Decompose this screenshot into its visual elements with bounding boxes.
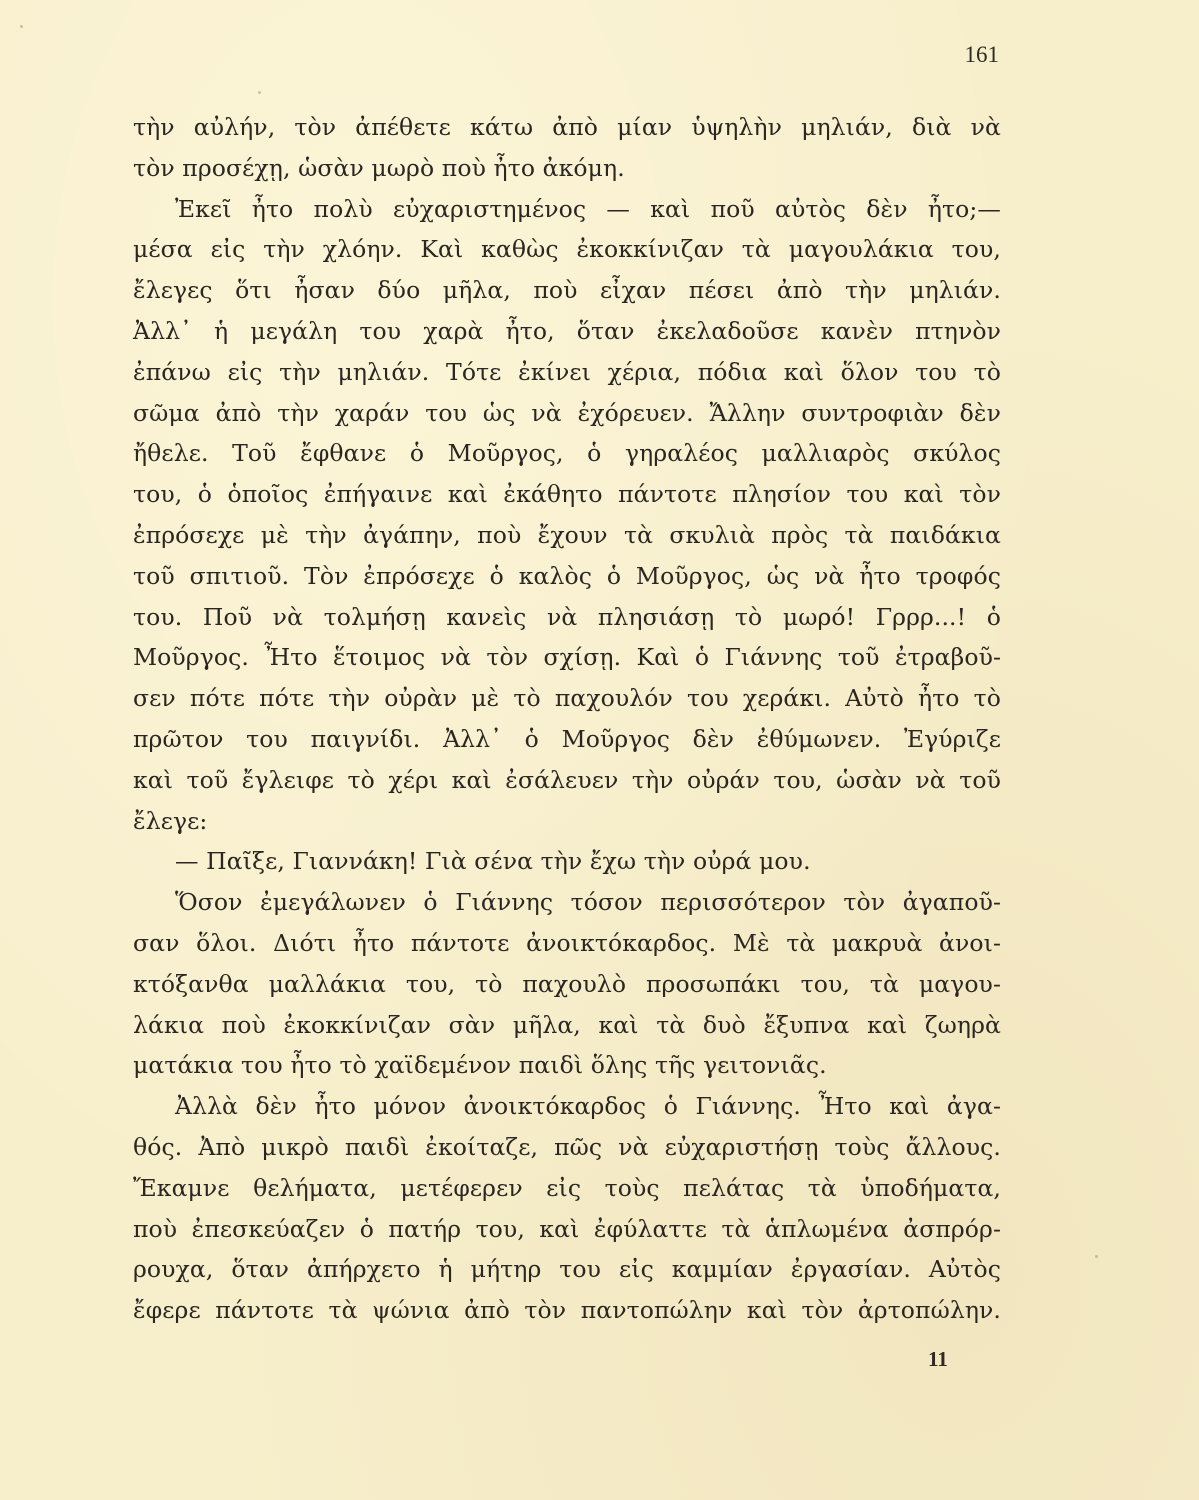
text-line: ἔλεγε: xyxy=(133,801,1001,842)
text-line: του. Ποῦ νὰ τολμήσῃ κανεὶς νὰ πλησιάσῃ τ… xyxy=(133,597,1001,638)
text-line: Ἔκαμνε θελήματα, μετέφερεν εἰς τοὺς πελά… xyxy=(133,1168,1001,1209)
paragraph-start-line: Ἐκεῖ ἦτο πολὺ εὐχαριστημένος — καὶ ποῦ α… xyxy=(133,189,1001,230)
text-line: μέσα εἰς τὴν χλόην. Καὶ καθὼς ἐκοκκίνιζα… xyxy=(133,229,1001,270)
text-line: ἔφερε πάντοτε τὰ ψώνια ἀπὸ τὸν παντοπώλη… xyxy=(133,1290,1001,1331)
paper-speck xyxy=(20,25,23,28)
text-line: σεν πότε πότε τὴν οὐρὰν μὲ τὸ παχουλόν τ… xyxy=(133,678,1001,719)
paper-speck xyxy=(608,860,611,863)
page-number: 161 xyxy=(965,42,1000,68)
text-line: ἐπρόσεχε μὲ τὴν ἀγάπην, ποὺ ἔχουν τὰ σκυ… xyxy=(133,515,1001,556)
text-line: του, ὁ ὁποῖος ἐπήγαινε καὶ ἐκάθητο πάντο… xyxy=(133,474,1001,515)
text-line: ἔλεγες ὅτι ἦσαν δύο μῆλα, ποὺ εἶχαν πέσε… xyxy=(133,270,1001,311)
text-line: τοῦ σπιτιοῦ. Τὸν ἐπρόσεχε ὁ καλὸς ὁ Μοῦρ… xyxy=(133,556,1001,597)
text-line: ἐπάνω εἰς τὴν μηλιάν. Τότε ἐκίνει χέρια,… xyxy=(133,352,1001,393)
text-line: ἤθελε. Τοῦ ἔφθανε ὁ Μοῦργος, ὁ γηραλέος … xyxy=(133,433,1001,474)
paragraph-start-line: Ὅσον ἐμεγάλωνεν ὁ Γιάννης τόσον περισσότ… xyxy=(133,882,1001,923)
paper-speck xyxy=(258,91,261,94)
text-line: τὸν προσέχῃ, ὡσὰν μωρὸ ποὺ ἦτο ἀκόμη. xyxy=(133,148,1001,189)
paper-speck xyxy=(1095,1255,1098,1258)
text-line: ματάκια του ἦτο τὸ χαϊδεμένον παιδὶ ὅλης… xyxy=(133,1045,1001,1086)
text-line: ποὺ ἐπεσκεύαζεν ὁ πατήρ του, καὶ ἐφύλαττ… xyxy=(133,1209,1001,1250)
text-line: Ἀλλ᾽ ἡ μεγάλη του χαρὰ ἦτο, ὅταν ἐκελαδο… xyxy=(133,311,1001,352)
paragraph-start-line: Ἀλλὰ δὲν ἦτο μόνον ἀνοικτόκαρδος ὁ Γιάνν… xyxy=(133,1086,1001,1127)
text-line: Μοῦργος. Ἦτο ἕτοιμος νὰ τὸν σχίσῃ. Καὶ ὁ… xyxy=(133,637,1001,678)
signature-mark: 11 xyxy=(928,1347,948,1372)
text-line: σῶμα ἀπὸ τὴν χαράν του ὡς νὰ ἐχόρευεν. Ἄ… xyxy=(133,393,1001,434)
text-line: καὶ τοῦ ἔγλειφε τὸ χέρι καὶ ἐσάλευεν τὴν… xyxy=(133,760,1001,801)
text-line: ρουχα, ὅταν ἀπήρχετο ἡ μήτηρ του εἰς καμ… xyxy=(133,1249,1001,1290)
text-line: κτόξανθα μαλλάκια του, τὸ παχουλὸ προσωπ… xyxy=(133,964,1001,1005)
body-text: τὴν αὐλήν, τὸν ἀπέθετε κάτω ἀπὸ μίαν ὑψη… xyxy=(133,107,1001,1331)
text-line: τὴν αὐλήν, τὸν ἀπέθετε κάτω ἀπὸ μίαν ὑψη… xyxy=(133,107,1001,148)
text-line: σαν ὅλοι. Διότι ἦτο πάντοτε ἀνοικτόκαρδο… xyxy=(133,923,1001,964)
text-line: πρῶτον του παιγνίδι. Ἀλλ᾽ ὁ Μοῦργος δὲν … xyxy=(133,719,1001,760)
dialogue-line: — Παῖξε, Γιαννάκη! Γιὰ σένα τὴν ἔχω τὴν … xyxy=(133,841,1001,882)
text-line: θός. Ἀπὸ μικρὸ παιδὶ ἐκοίταζε, πῶς νὰ εὐ… xyxy=(133,1127,1001,1168)
text-line: λάκια ποὺ ἐκοκκίνιζαν σὰν μῆλα, καὶ τὰ δ… xyxy=(133,1005,1001,1046)
book-page: 161 τὴν αὐλήν, τὸν ἀπέθετε κάτω ἀπὸ μίαν… xyxy=(0,0,1199,1500)
